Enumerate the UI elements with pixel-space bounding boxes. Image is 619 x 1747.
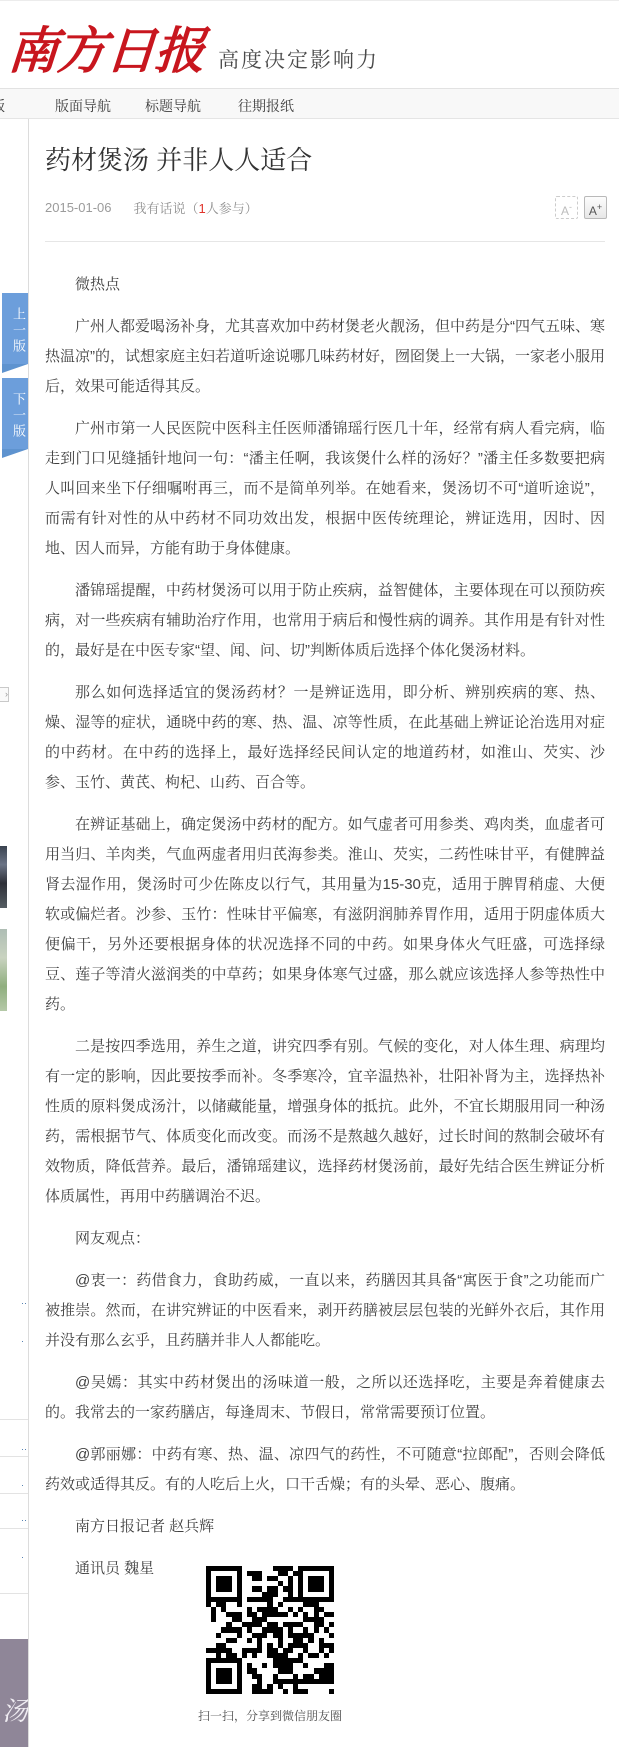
rail-divider <box>0 1493 28 1494</box>
previous-edition-tab[interactable]: 上一版 <box>2 293 28 364</box>
comments-label: 我有话说（ <box>134 201 199 216</box>
newspaper-logo[interactable]: 南方日报 <box>6 20 206 82</box>
comments-link[interactable]: 我有话说（1人参与） <box>134 198 258 217</box>
rail-divider <box>0 1528 28 1529</box>
article-paragraph: 广州人都爱喝汤补身，尤其喜欢加中药材煲老火靓汤，但中药是分“四气五味、寒热温凉”… <box>45 312 605 402</box>
rail-text-fragment: ·· <box>21 1516 27 1525</box>
font-increase-letter: A <box>589 204 597 218</box>
article-paragraph: 在辨证基础上，确定煲汤中药材的配方。如气虚者可用参类、鸡肉类，血虚者可用当归、羊… <box>45 810 605 1020</box>
qr-caption: 扫一扫，分享到微信朋友圈 <box>198 1707 342 1724</box>
article-title: 药材煲汤 并非人人适合 <box>43 143 607 177</box>
qr-code <box>203 1563 337 1697</box>
comments-count: 1 <box>199 201 206 216</box>
soup-character: 汤 <box>2 1691 28 1728</box>
article-paragraph: 那么如何选择适宜的煲汤药材？一是辨证选用，即分析、辨别疾病的寒、热、燥、湿等的症… <box>45 678 605 798</box>
publish-date: 2015-01-06 <box>45 200 112 215</box>
article-body: 微热点广州人都爱喝汤补身，尤其喜欢加中药材煲老火靓汤，但中药是分“四气五味、寒热… <box>43 242 607 1584</box>
nav-bar: 版 版面导航 标题导航 往期报纸 <box>0 88 619 119</box>
article-paragraph: @衷一：药借食力，食助药威，一直以来，药膳因其具备“寓医于食”之功能而广被推崇。… <box>45 1266 605 1356</box>
cutoff-thumbnail-2 <box>0 929 7 1011</box>
comments-label-suffix: 人参与） <box>206 201 258 216</box>
rail-text-fragment: ·· <box>21 1445 27 1454</box>
article-paragraph: 南方日报记者 赵兵辉 <box>45 1512 605 1542</box>
nav-item-headline-navigation[interactable]: 标题导航 <box>145 96 201 116</box>
chevron-right-icon[interactable]: › <box>0 687 9 702</box>
nav-item-page-navigation[interactable]: 版面导航 <box>55 96 111 116</box>
wechat-share-section: 扫一扫，分享到微信朋友圈 <box>203 1563 337 1724</box>
rail-divider <box>0 1456 28 1457</box>
article-paragraph: 二是按四季选用，养生之道，讲究四季有别。气候的变化，对人体生理、病理均有一定的影… <box>45 1032 605 1212</box>
nav-item-cutoff[interactable]: 版 <box>0 96 5 116</box>
nav-item-past-issues[interactable]: 往期报纸 <box>238 96 294 116</box>
next-edition-tab[interactable]: 下一版 <box>2 378 28 449</box>
article-content: 药材煲汤 并非人人适合 2015-01-06 我有话说（1人参与） A- A+ … <box>28 119 619 1747</box>
article-paragraph: 网友观点： <box>45 1224 605 1254</box>
rail-divider <box>0 1593 28 1594</box>
rail-text-fragment: ·· <box>21 1299 27 1308</box>
plus-sign: + <box>597 202 602 212</box>
article-paragraph: @郭丽娜：中药有寒、热、温、凉四气的药性，不可随意“拉郎配”，否则会降低药效或适… <box>45 1440 605 1500</box>
minus-sign: - <box>569 202 572 212</box>
article-paragraph: 微热点 <box>45 270 605 300</box>
masthead: 南方日报 高度决定影响力 <box>0 1 619 88</box>
article-paragraph: 潘锦瑶提醒，中药材煲汤可以用于防止疾病，益智健体，主要体现在可以预防疾病，对一些… <box>45 576 605 666</box>
logo-tagline: 高度决定影响力 <box>218 44 379 74</box>
page: 南方日报 高度决定影响力 版 版面导航 标题导航 往期报纸 药材煲汤 并非人人适… <box>0 0 619 1747</box>
font-increase-button[interactable]: A+ <box>584 196 607 219</box>
rail-text-fragment: · <box>21 1337 24 1346</box>
rail-divider <box>0 1419 28 1420</box>
article-paragraph: @吴嫣：其实中药材煲出的汤味道一般，之所以还选择吃，主要是奔着健康去的。我常去的… <box>45 1368 605 1428</box>
article-meta: 2015-01-06 我有话说（1人参与） A- A+ <box>43 195 607 219</box>
rail-text-fragment: · <box>21 1553 24 1562</box>
cutoff-soup-thumbnail: 汤 <box>0 1639 28 1747</box>
rail-text-fragment: · <box>21 1481 24 1490</box>
font-decrease-button[interactable]: A- <box>555 196 578 219</box>
article-paragraph: 广州市第一人民医院中医科主任医师潘锦瑶行医几十年，经常有病人看完病，临走到门口见… <box>45 414 605 564</box>
font-decrease-letter: A <box>561 204 569 218</box>
cutoff-thumbnail-1 <box>0 846 7 908</box>
